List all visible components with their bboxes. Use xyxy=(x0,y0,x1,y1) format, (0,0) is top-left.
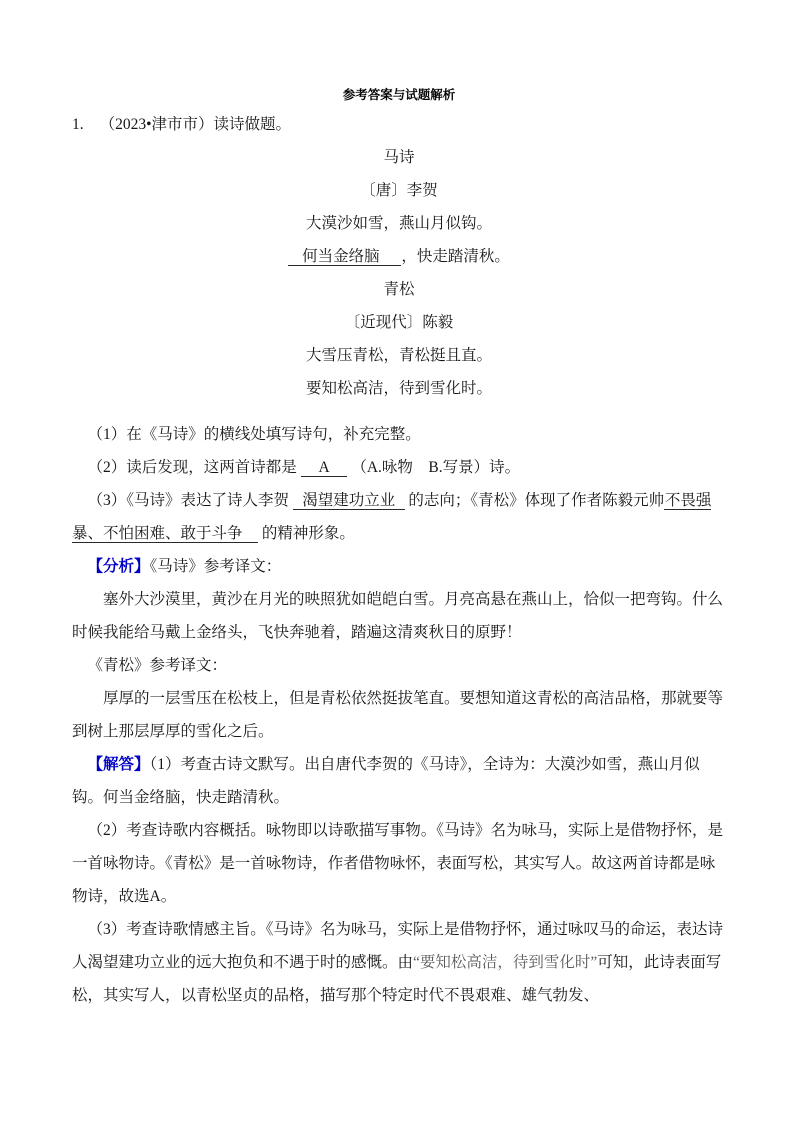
subquestion-3: （3）《马诗》表达了诗人李贺 渴望建功立业 的志向；《青松》体现了作者陈毅元帅不… xyxy=(72,484,726,550)
q2-text-before: （2）读后发现，这两首诗都是 xyxy=(88,459,297,476)
analysis-translation-2: 厚厚的一层雪压在松枝上，但是青松依然挺拔笔直。要想知道这青松的高洁品格，那就要等… xyxy=(72,682,726,748)
subquestion-1: （1）在《马诗》的横线处填写诗句，补充完整。 xyxy=(72,418,726,451)
subquestions-block: （1）在《马诗》的横线处填写诗句，补充完整。 （2）读后发现，这两首诗都是 A … xyxy=(72,418,726,550)
analysis-label: 【分析】 xyxy=(88,558,150,575)
answer-p3-quote: “要知松高洁，待到雪化时” xyxy=(413,954,597,971)
analysis-intro: 《马诗》参考译文： xyxy=(150,558,282,575)
q3-text-before: （3）《马诗》表达了诗人李贺 xyxy=(88,492,290,509)
answer-paragraph-2: （2）考查诗歌内容概括。咏物即以诗歌描写事物。《马诗》名为咏马，实际上是借物抒怀… xyxy=(72,814,726,913)
poem2-title: 青松 xyxy=(72,273,726,306)
poem1-line2: 何当金络脑，快走踏清秋。 xyxy=(72,240,726,273)
answer-p1-text: （1）考查古诗文默写。出自唐代李贺的《马诗》，全诗为：大漠沙如雪，燕山月似钩。何… xyxy=(72,756,700,806)
document-page: 参考答案与试题解析 1.（2023•津市市）读诗做题。 马诗 〔唐〕李贺 大漠沙… xyxy=(0,0,794,1123)
q3-answer-blank-1: 渴望建功立业 xyxy=(293,492,405,510)
analysis-section: 【分析】《马诗》参考译文： 塞外大沙漠里，黄沙在月光的映照犹如皑皑白雪。月亮高悬… xyxy=(72,550,726,748)
answer-paragraph-3: （3）考查诗歌情感主旨。《马诗》名为咏马，实际上是借物抒怀，通过咏叹马的命运，表… xyxy=(72,913,726,1012)
question-intro: （2023•津市市）读诗做题。 xyxy=(100,116,291,133)
poem2-line1: 大雪压青松，青松挺且直。 xyxy=(72,339,726,372)
answer-paragraph-1: 【解答】（1）考查古诗文默写。出自唐代李贺的《马诗》，全诗为：大漠沙如雪，燕山月… xyxy=(72,748,726,814)
question-number: 1. xyxy=(72,116,84,133)
analysis-intro-2: 《青松》参考译文： xyxy=(72,649,726,682)
poem1-title: 马诗 xyxy=(72,141,726,174)
subquestion-2: （2）读后发现，这两首诗都是 A （A.咏物 B.写景）诗。 xyxy=(72,451,726,484)
q2-options: （A.咏物 B.写景）诗。 xyxy=(351,459,520,476)
question-1-heading: 1.（2023•津市市）读诗做题。 xyxy=(72,108,726,141)
poem-block: 马诗 〔唐〕李贺 大漠沙如雪，燕山月似钩。 何当金络脑，快走踏清秋。 青松 〔近… xyxy=(72,141,726,405)
page-title: 参考答案与试题解析 xyxy=(72,86,726,104)
poem1-blank-answer: 何当金络脑 xyxy=(288,248,401,266)
q3-text-middle: 的志向；《青松》体现了作者陈毅元帅 xyxy=(408,492,664,509)
poem1-line1: 大漠沙如雪，燕山月似钩。 xyxy=(72,207,726,240)
poem2-line2: 要知松高洁，待到雪化时。 xyxy=(72,372,726,405)
q3-text-after: 的精神形象。 xyxy=(262,525,355,542)
answer-label: 【解答】 xyxy=(88,756,150,773)
analysis-translation-1: 塞外大沙漠里，黄沙在月光的映照犹如皑皑白雪。月亮高悬在燕山上，恰似一把弯钩。什么… xyxy=(72,583,726,649)
answer-section: 【解答】（1）考查古诗文默写。出自唐代李贺的《马诗》，全诗为：大漠沙如雪，燕山月… xyxy=(72,748,726,1012)
poem1-author: 〔唐〕李贺 xyxy=(72,174,726,207)
poem1-line2-rest: ，快走踏清秋。 xyxy=(401,248,510,265)
q2-answer-blank: A xyxy=(301,459,348,477)
analysis-heading: 【分析】《马诗》参考译文： xyxy=(72,550,726,583)
poem2-author: 〔近现代〕陈毅 xyxy=(72,306,726,339)
